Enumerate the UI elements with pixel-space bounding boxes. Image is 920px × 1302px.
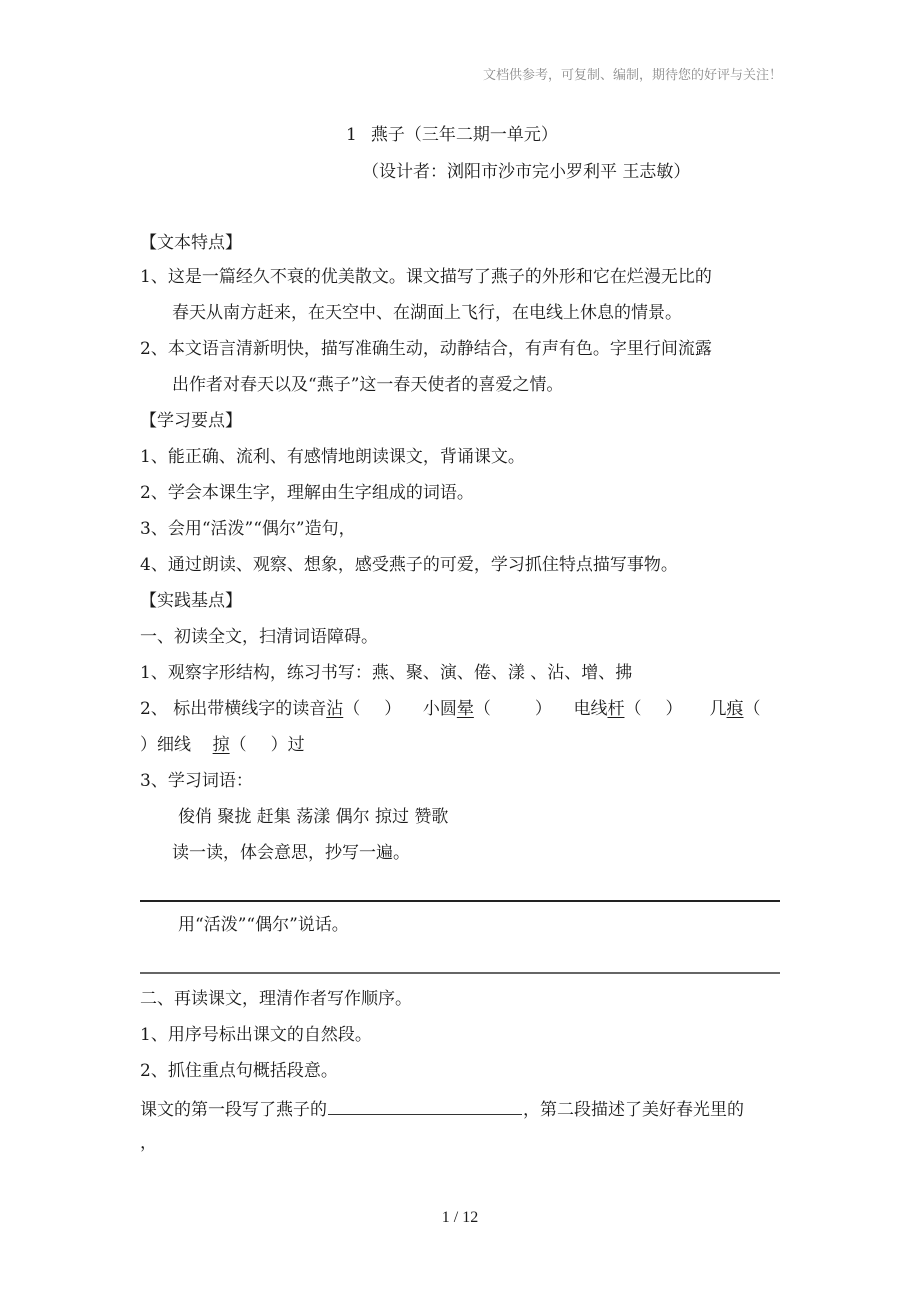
learning-point-2: 2、学会本课生字，理解由生字组成的词语。 xyxy=(140,482,474,504)
text-feature-2-line1: 2、本文语言清新明快，描写准确生动，动静结合，有声有色。字里行间流露 xyxy=(140,338,712,360)
fill-continuation: ， xyxy=(140,1132,157,1154)
paren-open: （ xyxy=(230,735,247,755)
lesson-number: 1 xyxy=(346,125,357,145)
section-heading-practice-points: 【实践基点】 xyxy=(140,590,242,612)
paren-open: （ xyxy=(343,699,360,719)
practice-part2-item2: 2、抓住重点句概括段意。 xyxy=(140,1060,338,1082)
lesson-title-text: 燕子（三年二期一单元） xyxy=(371,125,558,145)
answer-line-1[interactable] xyxy=(140,900,780,902)
learning-point-1: 1、能正确、流利、有感情地朗读课文，背诵课文。 xyxy=(140,446,525,468)
vocabulary-words: 俊俏 聚拢 赶集 荡漾 偶尔 掠过 赞歌 xyxy=(178,806,448,828)
page-header-notice: 文档供参考，可复制、编制，期待您的好评与关注！ xyxy=(460,64,782,83)
text-feature-2-line2: 出作者对春天以及“燕子”这一春天使者的喜爱之情。 xyxy=(172,374,563,396)
answer-line-2[interactable] xyxy=(140,972,780,974)
word-prefix: 小圆 xyxy=(423,699,457,719)
sentence-task: 用“活泼”“偶尔”说话。 xyxy=(178,914,349,936)
fill-in-sentence: 课文的第一段写了燕子的，第二段描述了美好春光里的 xyxy=(140,1096,744,1121)
paren-close: ） xyxy=(384,699,401,719)
paren-open: （ xyxy=(744,699,761,719)
learning-point-3: 3、会用“活泼”“偶尔”造句， xyxy=(140,518,356,540)
designer-credit: （设计者：浏阳市沙市完小罗利平 王志敏） xyxy=(362,157,690,182)
underlined-char-lve: 掠 xyxy=(213,735,230,755)
vocabulary-title: 3、学习词语： xyxy=(140,770,253,792)
pronunciation-exercise-line1: 2、 标出带横线字的读音沾（） 小圆晕（） 电线杆（） 几痕（ xyxy=(140,698,761,720)
underlined-char-hen: 痕 xyxy=(727,699,744,719)
paren-close: ） xyxy=(535,699,552,719)
learning-point-4: 4、通过朗读、观察、想象，感受燕子的可爱，学习抓住特点描写事物。 xyxy=(140,554,678,576)
page-indicator: 1 / 12 xyxy=(0,1209,920,1227)
paren-open: （ xyxy=(624,699,641,719)
underlined-char-gan: 杆 xyxy=(607,699,624,719)
pronunciation-exercise-line2: ）细线 掠（）过 xyxy=(140,734,305,756)
word-prefix: 几 xyxy=(710,699,727,719)
paren-open: （ xyxy=(474,699,491,719)
fill-blank-1[interactable] xyxy=(328,1096,522,1115)
pronunciation-prefix: 2、 标出带横线字的读音 xyxy=(140,699,326,719)
practice-item-writing: 1、观察字形结构，练习书写：燕、聚、演、倦、漾 、沾、增、拂 xyxy=(140,662,632,684)
practice-part2-title: 二、再读课文，理清作者写作顺序。 xyxy=(140,988,412,1010)
section-heading-text-features: 【文本特点】 xyxy=(140,232,242,254)
vocabulary-instruction: 读一读，体会意思，抄写一遍。 xyxy=(172,842,410,864)
section-heading-learning-points: 【学习要点】 xyxy=(140,410,242,432)
fill-suffix: ，第二段描述了美好春光里的 xyxy=(523,1100,744,1120)
lesson-title: 1燕子（三年二期一单元） xyxy=(346,120,558,145)
practice-part1-title: 一、初读全文，扫清词语障碍。 xyxy=(140,626,378,648)
fill-prefix: 课文的第一段写了燕子的 xyxy=(140,1100,327,1120)
text-feature-1-line2: 春天从南方赶来，在天空中、在湖面上飞行，在电线上休息的情景。 xyxy=(172,302,682,324)
word-suffix: ）过 xyxy=(271,735,305,755)
underlined-char-zhan: 沾 xyxy=(326,699,343,719)
paren-close: ） xyxy=(665,699,682,719)
word-suffix: ）细线 xyxy=(140,735,191,755)
practice-part2-item1: 1、用序号标出课文的自然段。 xyxy=(140,1024,372,1046)
underlined-char-yun: 晕 xyxy=(457,699,474,719)
text-feature-1-line1: 1、这是一篇经久不衰的优美散文。课文描写了燕子的外形和它在烂漫无比的 xyxy=(140,266,712,288)
word-prefix: 电线 xyxy=(573,699,607,719)
